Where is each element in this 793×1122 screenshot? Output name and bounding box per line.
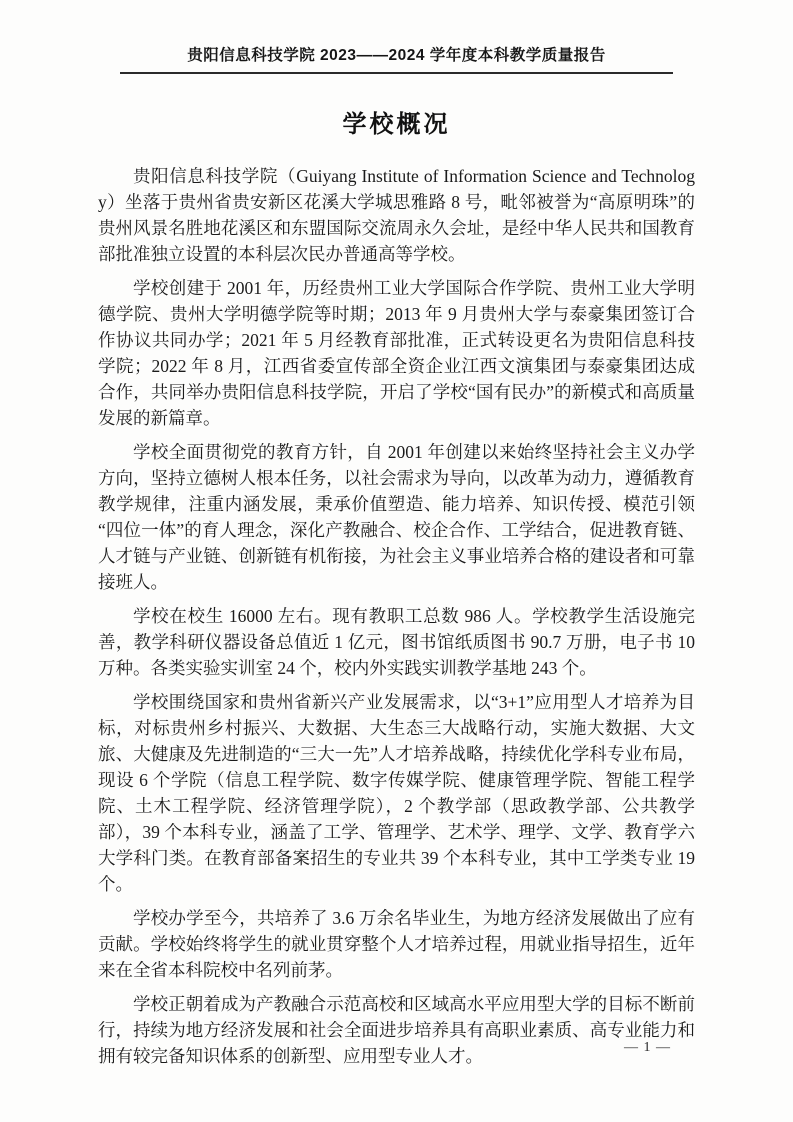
running-header: 贵阳信息科技学院 2023——2024 学年度本科教学质量报告 <box>120 46 673 74</box>
paragraph-6: 学校办学至今，共培养了 3.6 万余名毕业生，为地方经济发展做出了应有贡献。学校… <box>98 905 695 983</box>
running-header-text: 贵阳信息科技学院 2023——2024 学年度本科教学质量报告 <box>187 47 606 64</box>
paragraph-5: 学校围绕国家和贵州省新兴产业发展需求，以“3+1”应用型人才培养为目标，对标贵州… <box>98 689 695 897</box>
paragraph-7: 学校正朝着成为产教融合示范高校和区域高水平应用型大学的目标不断前行，持续为地方经… <box>98 991 695 1069</box>
document-page: 贵阳信息科技学院 2023——2024 学年度本科教学质量报告 学校概况 贵阳信… <box>0 0 793 1122</box>
document-body: 贵阳信息科技学院（Guiyang Institute of Informatio… <box>98 163 695 1069</box>
paragraph-2: 学校创建于 2001 年，历经贵州工业大学国际合作学院、贵州工业大学明德学院、贵… <box>98 275 695 431</box>
page-number: — 1 — <box>624 1040 671 1055</box>
paragraph-1: 贵阳信息科技学院（Guiyang Institute of Informatio… <box>98 163 695 267</box>
paragraph-4: 学校在校生 16000 左右。现有教职工总数 986 人。学校教学生活设施完善，… <box>98 603 695 681</box>
paragraph-3: 学校全面贯彻党的教育方针，自 2001 年创建以来始终坚持社会主义办学方向，坚持… <box>98 439 695 595</box>
section-title: 学校概况 <box>98 110 695 140</box>
page-footer: — 1 — <box>624 1040 671 1056</box>
